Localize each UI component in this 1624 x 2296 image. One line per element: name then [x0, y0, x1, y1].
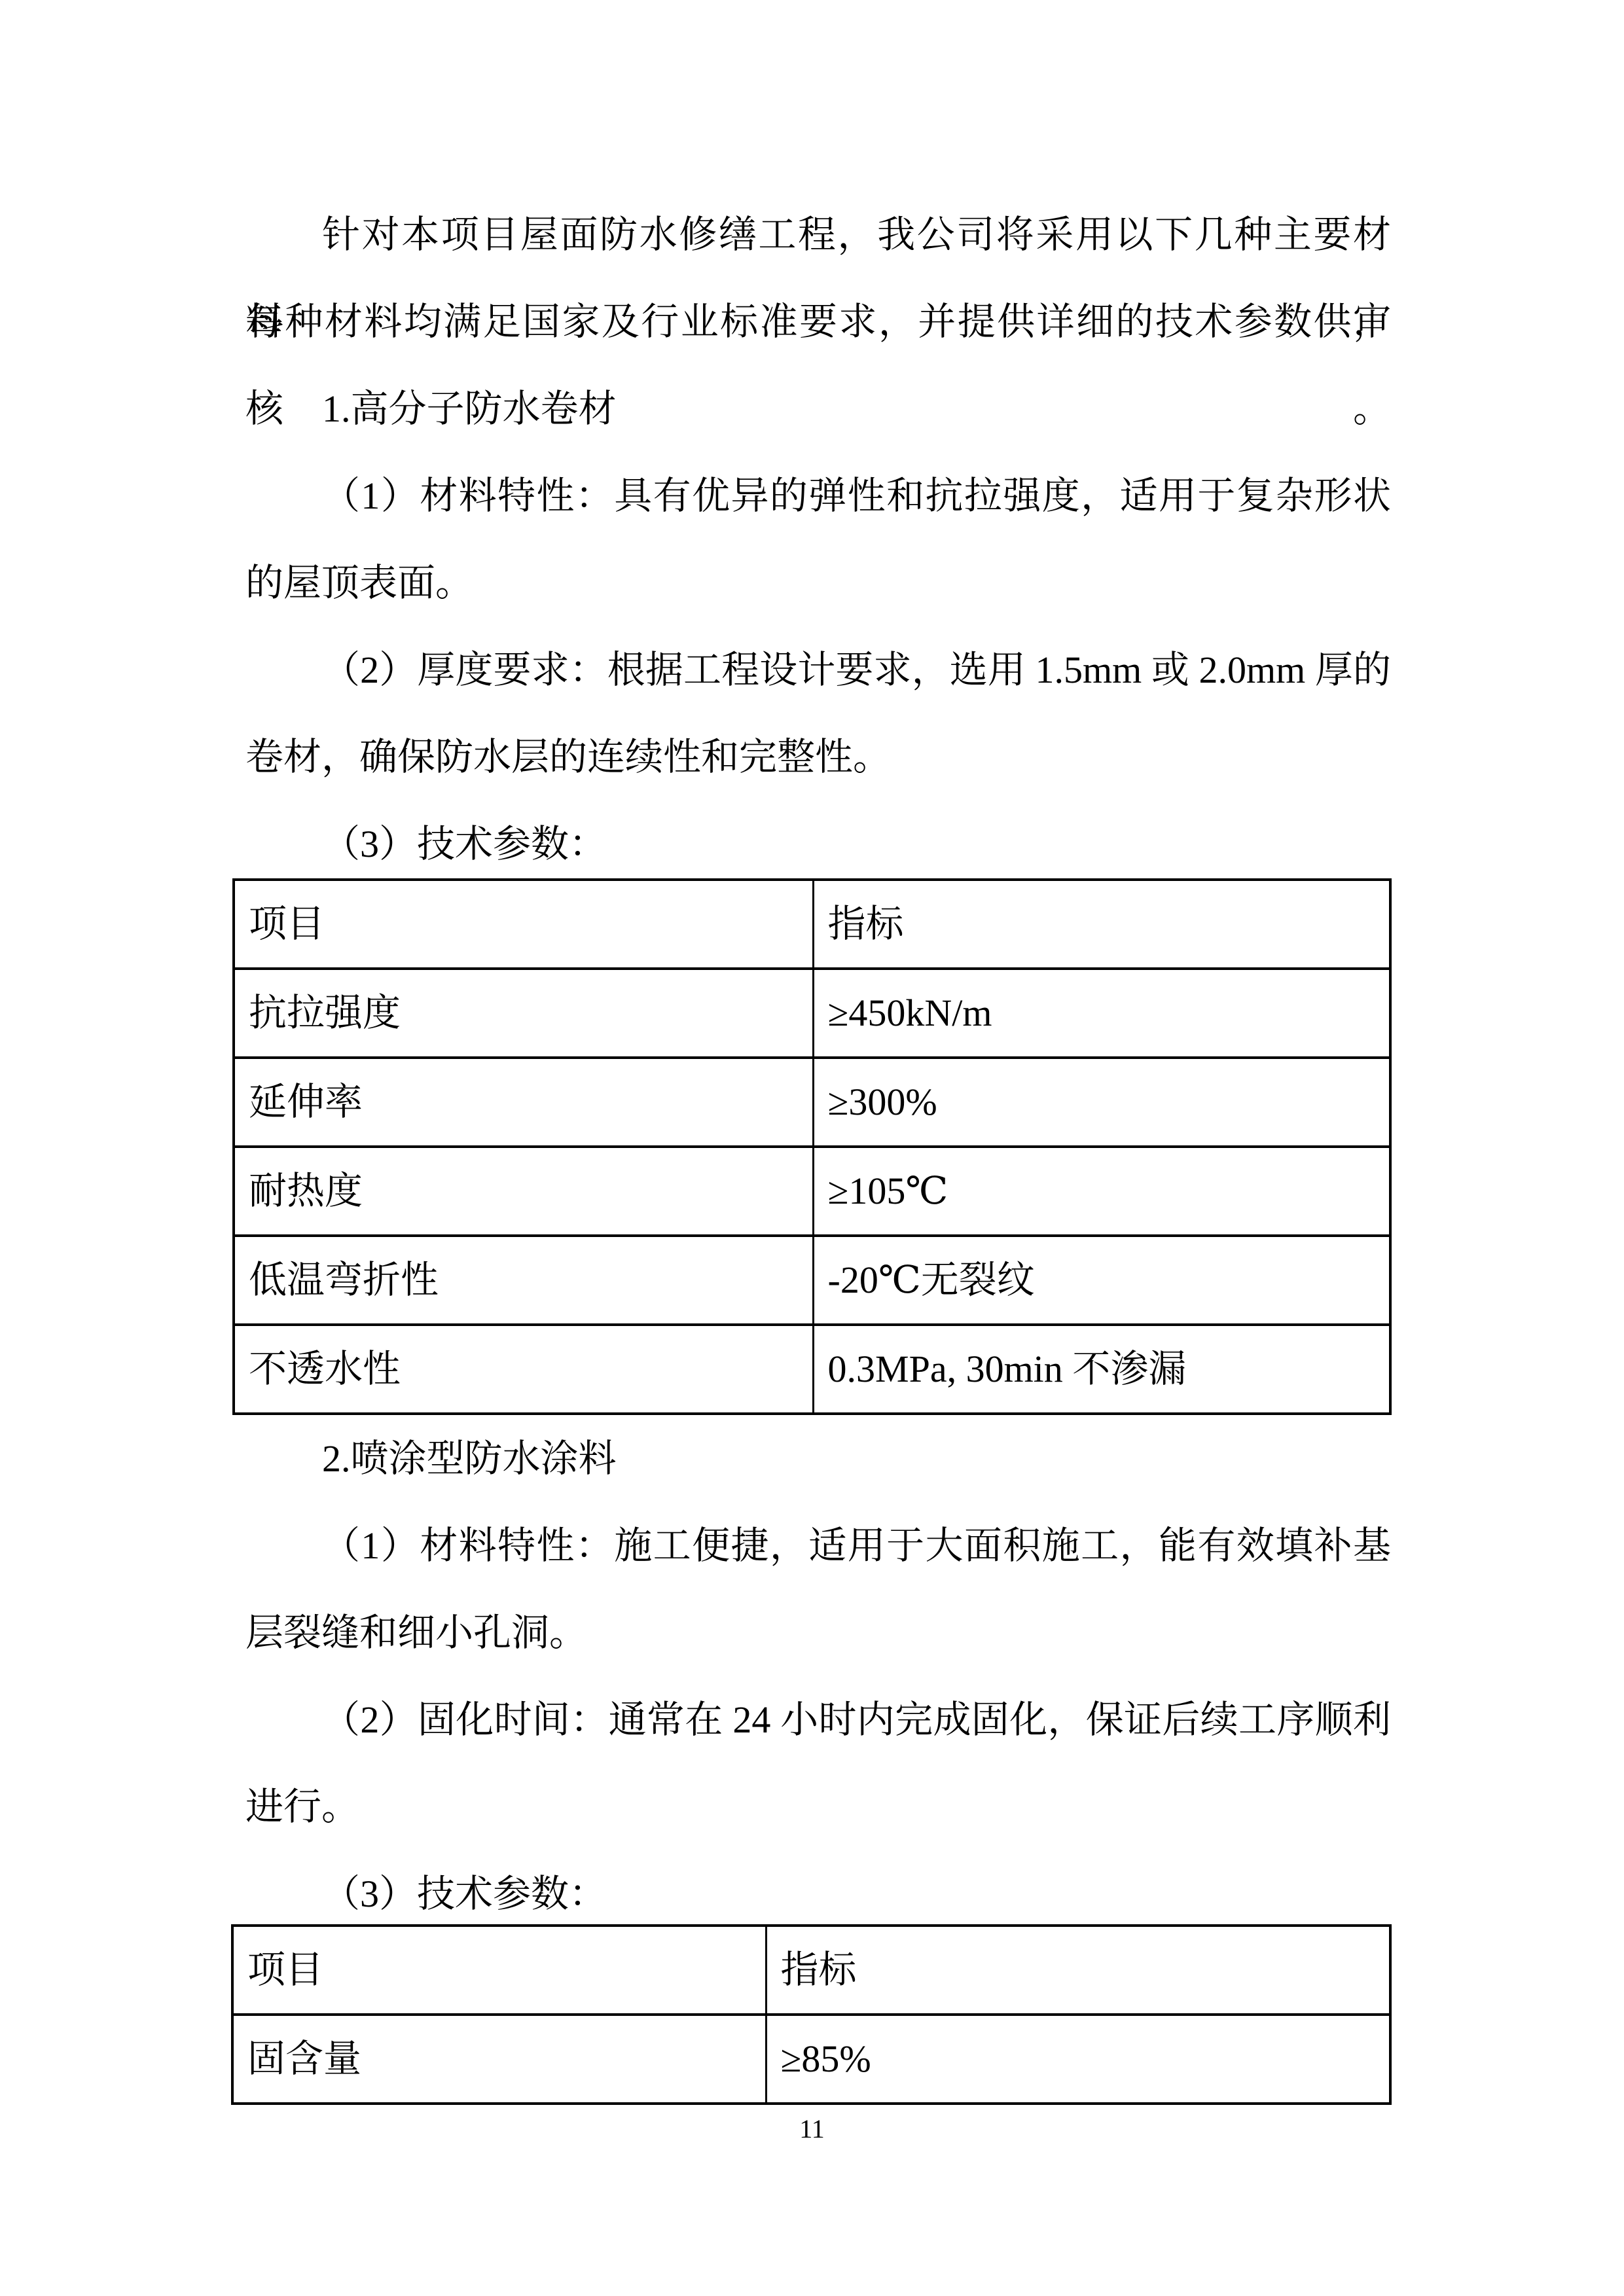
table-header-row: 项目 指标	[234, 880, 1390, 969]
table-cell-value: ≥85%	[766, 2015, 1390, 2104]
document-page: 针对本项目屋面防水修缮工程，我公司将采用以下几种主要材料， 每种材料均满足国家及…	[0, 0, 1624, 2296]
table-cell-item: 固含量	[232, 2015, 766, 2104]
table-header-cell-item: 项目	[232, 1926, 766, 2015]
document-body: 针对本项目屋面防水修缮工程，我公司将采用以下几种主要材料， 每种材料均满足国家及…	[245, 191, 1391, 2105]
section2-item1-line-2: 层裂缝和细小孔洞。	[245, 1589, 1391, 1676]
table-row: 抗拉强度 ≥450kN/m	[234, 969, 1390, 1058]
section1-item1-line-2: 的屋顶表面。	[245, 539, 1391, 626]
section1-item3: （3）技术参数：	[245, 800, 1391, 888]
table-cell-value: ≥300%	[813, 1058, 1390, 1147]
section2-heading: 2.喷涂型防水涂料	[245, 1415, 1391, 1502]
table-cell-item: 低温弯折性	[234, 1236, 813, 1325]
section1-item2-line-1: （2）厚度要求：根据工程设计要求，选用 1.5mm 或 2.0mm 厚的	[245, 626, 1391, 713]
table-cell-item: 抗拉强度	[234, 969, 813, 1058]
section1-item1-line-1: （1）材料特性：具有优异的弹性和抗拉强度，适用于复杂形状	[245, 452, 1391, 539]
intro-paragraph-line-2: 每种材料均满足国家及行业标准要求，并提供详细的技术参数供审核。	[245, 278, 1391, 365]
table-cell-value: -20℃无裂纹	[813, 1236, 1390, 1325]
section2-item2-line-1: （2）固化时间：通常在 24 小时内完成固化，保证后续工序顺利	[245, 1676, 1391, 1763]
table-header-row: 项目 指标	[232, 1926, 1390, 2015]
table-row: 不透水性 0.3MPa, 30min 不渗漏	[234, 1325, 1390, 1414]
section2-tech-params-table: 项目 指标 固含量 ≥85%	[231, 1924, 1392, 2105]
table-header-cell-indicator: 指标	[813, 880, 1390, 969]
table-cell-value: ≥105℃	[813, 1147, 1390, 1236]
table-header-cell-indicator: 指标	[766, 1926, 1390, 2015]
table-row: 耐热度 ≥105℃	[234, 1147, 1390, 1236]
table-header-cell-item: 项目	[234, 880, 813, 969]
table-row: 固含量 ≥85%	[232, 2015, 1390, 2104]
table-row: 延伸率 ≥300%	[234, 1058, 1390, 1147]
section1-tech-params-table: 项目 指标 抗拉强度 ≥450kN/m 延伸率 ≥300% 耐热度 ≥105℃ …	[232, 878, 1392, 1415]
table-cell-item: 耐热度	[234, 1147, 813, 1236]
table-cell-item: 不透水性	[234, 1325, 813, 1414]
table-cell-value: ≥450kN/m	[813, 969, 1390, 1058]
section2-item1-line-1: （1）材料特性：施工便捷，适用于大面积施工，能有效填补基	[245, 1502, 1391, 1589]
intro-paragraph-line-1: 针对本项目屋面防水修缮工程，我公司将采用以下几种主要材料，	[245, 191, 1391, 278]
table-row: 低温弯折性 -20℃无裂纹	[234, 1236, 1390, 1325]
section1-item2-line-2: 卷材，确保防水层的连续性和完整性。	[245, 713, 1391, 800]
section2-item2-line-2: 进行。	[245, 1763, 1391, 1850]
table-cell-value: 0.3MPa, 30min 不渗漏	[813, 1325, 1390, 1414]
table-cell-item: 延伸率	[234, 1058, 813, 1147]
page-number: 11	[0, 2111, 1624, 2147]
